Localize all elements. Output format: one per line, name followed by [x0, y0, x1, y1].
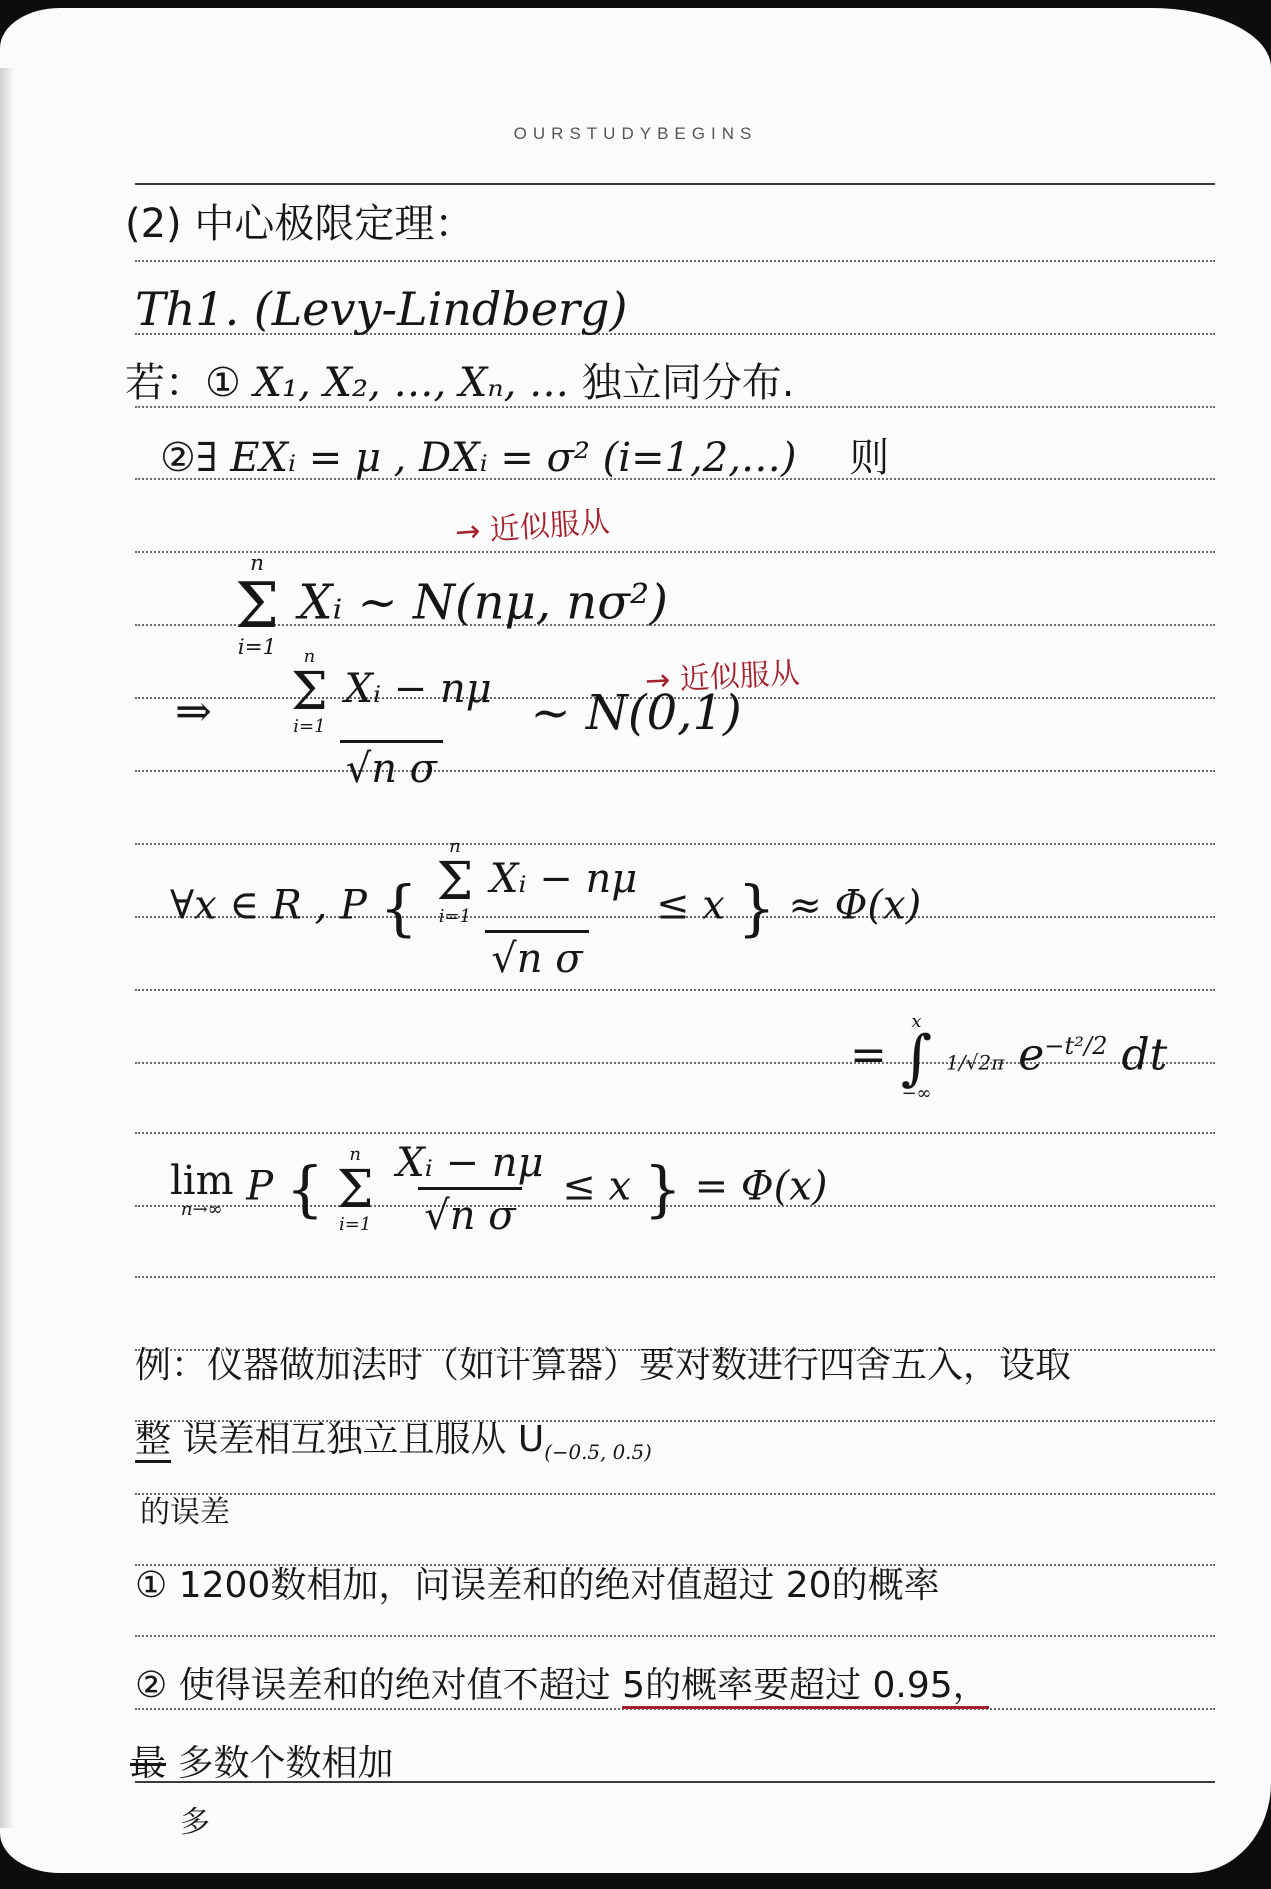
equation-probability-approx: ∀x ∈ R , P { n Σ i=1 Xᵢ − nμ √n σ ≤ x } …: [170, 838, 921, 979]
eq3-rhs: ≈ Φ(x): [788, 883, 921, 929]
example-line-2: 整 误差相互独立且服从 U(−0.5, 0.5): [135, 1422, 652, 1463]
sum-symbol: Σ: [337, 1164, 374, 1216]
example-line-1: 例：仪器做加法时（如计算器）要对数进行四舍五入，设取: [135, 1348, 1071, 1384]
left-brace: {: [286, 1155, 324, 1225]
section-title-text: (2) 中心极限定理：: [125, 201, 474, 247]
exp-base: e: [1018, 1030, 1044, 1081]
limit-text: lim: [170, 1161, 234, 1201]
standardized-fraction: n Σ i=1 Xᵢ − nμ √n σ: [285, 648, 498, 789]
dotted-rule: [135, 406, 1215, 408]
left-brace: {: [380, 874, 418, 944]
example-insertion: 的误差: [140, 1498, 230, 1528]
fraction-numerator: n Σ i=1 Xᵢ − nμ: [431, 838, 644, 930]
fraction-denominator: √n σ: [485, 930, 588, 979]
sum-operator: n Σ i=1: [437, 838, 474, 926]
corrected-word: 整: [135, 1419, 171, 1463]
fraction-denominator: √n σ: [418, 1187, 521, 1236]
struck-word: 最: [130, 1743, 166, 1784]
dotted-rule: [135, 1276, 1215, 1278]
question-2-insertion: 多: [180, 1808, 210, 1838]
dotted-rule: [135, 1635, 1215, 1637]
integral-operator: x ∫ −∞: [901, 1013, 932, 1103]
implies-arrow: ⇒: [175, 690, 212, 734]
integral-dt: dt: [1122, 1030, 1168, 1081]
condition-1: 若：① X₁, X₂, …, Xₙ, … 独立同分布.: [125, 363, 794, 403]
dotted-rule: [135, 989, 1215, 991]
integral-coefficient: 1/√2π: [946, 1051, 1004, 1075]
eq5-fraction: Xᵢ − nμ √n σ: [390, 1143, 549, 1236]
notebook-brand-header: OURSTUDYBEGINS: [0, 124, 1271, 144]
dotted-rule: [135, 1493, 1215, 1495]
limit-subscript: n→∞: [181, 1201, 223, 1219]
numerator-text: Xᵢ − nμ: [344, 666, 491, 712]
equation-sum-distribution: n Σ i=1 Xᵢ ~ N(nμ, nσ²): [235, 553, 668, 659]
section-title: (2) 中心极限定理：: [125, 204, 474, 244]
notebook-page: OURSTUDYBEGINS (2) 中心极限定理： Th1. (Levy-Li…: [0, 8, 1271, 1873]
sum-lower-limit: i=1: [238, 637, 277, 659]
top-solid-rule: [135, 183, 1215, 185]
eq5-prefix: P: [246, 1164, 273, 1210]
dotted-rule: [135, 1132, 1215, 1134]
question-2: ② 使得误差和的绝对值不超过 5的概率要超过 0.95，: [135, 1668, 989, 1704]
condition-2: ②∃ EXᵢ = μ , DXᵢ = σ² (i=1,2,…) 则: [160, 438, 889, 478]
uniform-interval: (−0.5, 0.5): [544, 1441, 652, 1464]
eq1-body: Xᵢ ~ N(nμ, nσ²): [298, 574, 668, 630]
sum-symbol: Σ: [235, 575, 279, 637]
condition-1-vars: X₁, X₂, …, Xₙ, …: [254, 360, 569, 406]
right-brace: }: [644, 1155, 682, 1225]
question-2-continuation: 最 多数个数相加: [130, 1746, 393, 1782]
eq3-prefix: ∀x ∈ R , P: [170, 883, 367, 929]
condition-2-then: 则: [849, 435, 889, 481]
question-2-part-b: 5的概率要超过 0.95，: [622, 1665, 989, 1709]
theorem-title: Th1. (Levy-Lindberg): [135, 286, 627, 332]
sum-symbol: Σ: [291, 666, 328, 718]
sum-operator: n Σ i=1: [235, 553, 279, 659]
sum-lower-limit: i=1: [293, 718, 325, 736]
question-1: ① 1200数相加，问误差和的绝对值超过 20的概率: [135, 1568, 940, 1604]
eq5-rhs: = Φ(x): [695, 1164, 828, 1210]
dotted-rule: [135, 260, 1215, 262]
eq3-fraction: n Σ i=1 Xᵢ − nμ √n σ: [431, 838, 644, 979]
continuation-text: 多数个数相加: [177, 1743, 393, 1784]
sum-lower-limit: i=1: [339, 1216, 371, 1234]
equation-normal-cdf-integral: = x ∫ −∞ 1/√2π e−t²/2 dt: [850, 1013, 1167, 1103]
right-brace: }: [738, 874, 776, 944]
sum-operator: n Σ i=1: [291, 648, 328, 736]
red-annotation-approx-1: → 近似服从: [454, 508, 610, 549]
integral-symbol: ∫: [901, 1031, 932, 1085]
condition-1-text: 独立同分布.: [582, 360, 795, 406]
fraction-numerator: Xᵢ − nμ: [390, 1143, 549, 1187]
eq5-suffix: ≤ x: [562, 1164, 631, 1210]
fraction-denominator: √n σ: [340, 740, 443, 789]
condition-1-prefix: 若：①: [125, 360, 241, 406]
sum-operator: n Σ i=1: [337, 1146, 374, 1234]
sum-lower-limit: i=1: [439, 908, 471, 926]
question-2-part-a: ② 使得误差和的绝对值不超过: [135, 1665, 622, 1706]
eq3-suffix: ≤ x: [656, 883, 725, 929]
condition-2-prefix: ②∃: [160, 435, 218, 481]
page-edge-shadow: [0, 68, 14, 1828]
equation-limit-form: lim n→∞ P { n Σ i=1 Xᵢ − nμ √n σ ≤ x } =…: [170, 1143, 827, 1236]
equals-sign: =: [850, 1030, 887, 1081]
condition-2-expr: EXᵢ = μ , DXᵢ = σ² (i=1,2,…): [230, 435, 796, 481]
sum-symbol: Σ: [437, 856, 474, 908]
limit-operator: lim n→∞: [170, 1161, 234, 1219]
fraction-numerator: n Σ i=1 Xᵢ − nμ: [285, 648, 498, 740]
red-annotation-approx-2: → 近似服从: [644, 659, 800, 697]
integral-lower-limit: −∞: [901, 1085, 931, 1103]
exp-exponent: −t²/2: [1044, 1032, 1107, 1060]
numerator-text: Xᵢ − nμ: [490, 856, 637, 902]
example-line-2-text: 误差相互独立且服从 U: [182, 1419, 544, 1460]
